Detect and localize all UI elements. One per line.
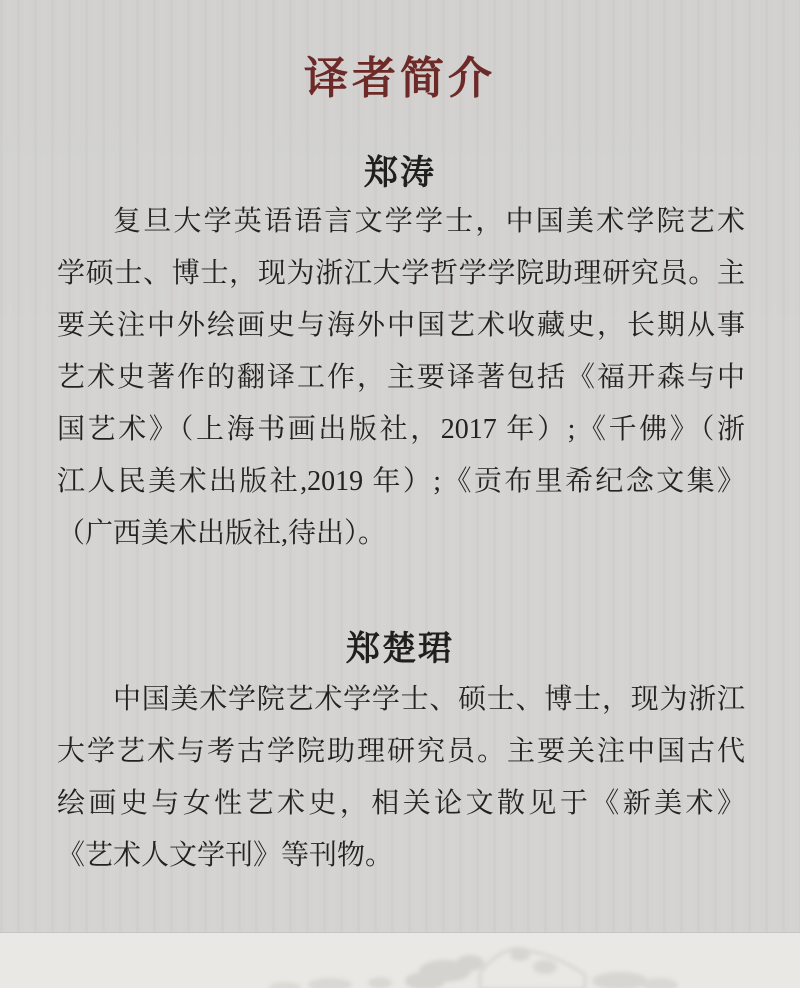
ink-landscape-image xyxy=(0,933,800,988)
bio-line: 艺术史著作的翻译工作，主要译著包括《福开森与中 xyxy=(57,352,745,404)
bio-line: 绘画史与女性艺术史，相关论文散见于《新美术》 xyxy=(57,778,745,830)
bio-line: 复旦大学英语语言文学学士，中国美术学院艺术 xyxy=(57,196,745,248)
bio-line: 国艺术》（上海书画出版社，2017 年）;《千佛》（浙 xyxy=(57,404,745,456)
page-title: 译者简介 xyxy=(0,51,800,107)
bio-line: 江人民美术出版社,2019 年）;《贡布里希纪念文集》 xyxy=(57,456,745,508)
bio-line: 学硕士、博士，现为浙江大学哲学学院助理研究员。主 xyxy=(57,248,745,300)
translator-name-2: 郑楚珺 xyxy=(0,628,800,672)
translator-intro-page: 译者简介 郑涛 复旦大学英语语言文学学士，中国美术学院艺术学硕士、博士，现为浙江… xyxy=(0,0,800,988)
footer-paper-band xyxy=(0,932,800,988)
bio-line: 中国美术学院艺术学学士、硕士、博士，现为浙江 xyxy=(57,674,745,726)
translator-name-1: 郑涛 xyxy=(0,152,800,196)
translator-bio-2: 中国美术学院艺术学学士、硕士、博士，现为浙江大学艺术与考古学院助理研究员。主要关… xyxy=(57,674,745,882)
bio-line: 《艺术人文学刊》等刊物。 xyxy=(57,830,745,882)
translator-bio-1: 复旦大学英语语言文学学士，中国美术学院艺术学硕士、博士，现为浙江大学哲学学院助理… xyxy=(57,196,745,560)
bio-line: 要关注中外绘画史与海外中国艺术收藏史，长期从事 xyxy=(57,300,745,352)
bio-line: （广西美术出版社,待出）。 xyxy=(57,508,745,560)
bio-line: 大学艺术与考古学院助理研究员。主要关注中国古代 xyxy=(57,726,745,778)
